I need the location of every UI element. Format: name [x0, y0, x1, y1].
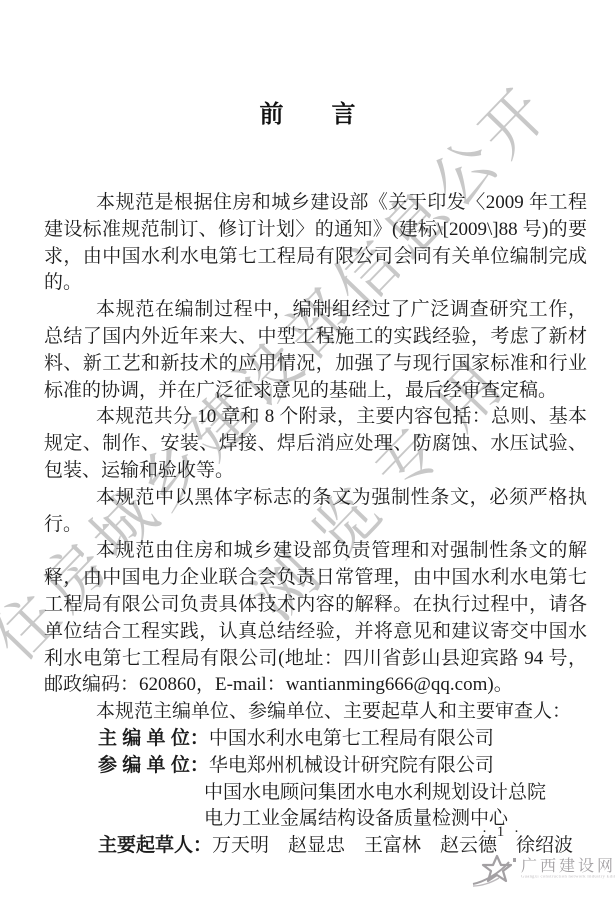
chief-editor-row: 主 编 单 位： 中国水利水电第七工程局有限公司	[98, 726, 587, 753]
chief-editor-value: 中国水利水电第七工程局有限公司	[209, 726, 587, 753]
participating-editor-value: 电力工业金属结构设备质量检测中心	[204, 806, 587, 833]
paragraph-2: 本规范在编制过程中，编制组经过了广泛调查研究工作，总结了国内外近年来大、中型工程…	[44, 297, 587, 404]
paragraph-3: 本规范共分 10 章和 8 个附录，主要内容包括：总则、基本规定、制作、安装、焊…	[44, 404, 587, 484]
participating-editor-row: 中国水电顾问集团水电水利规划设计总院	[98, 780, 587, 807]
participating-editor-label-spacer	[98, 806, 204, 833]
paragraph-1: 本规范是根据住房和城乡建设部《关于印发〈2009 年工程建设标准规范制订、修订计…	[44, 190, 587, 297]
participating-editor-value: 华电郑州机械设计研究院有限公司	[209, 753, 587, 780]
paragraph-6: 本规范主编单位、参编单位、主要起草人和主要审查人：	[44, 699, 587, 726]
page-number: · 1 ·	[482, 824, 522, 841]
document-body: 本规范是根据住房和城乡建设部《关于印发〈2009 年工程建设标准规范制订、修订计…	[44, 190, 587, 860]
chief-editor-label: 主 编 单 位：	[98, 726, 209, 753]
document-page: 住房城乡建设部信息公开 浏览专用 前 言 本规范是根据住房和城乡建设部《关于印发…	[0, 0, 615, 898]
page-title: 前 言	[0, 101, 615, 129]
logo-name: 广西建设网	[521, 858, 615, 875]
participating-editor-value: 中国水电顾问集团水电水利规划设计总院	[204, 780, 587, 807]
logo-tagline: Guangxi construction network Industry Ed…	[521, 875, 615, 880]
participating-editor-row: 参 编 单 位： 华电郑州机械设计研究院有限公司	[98, 753, 587, 780]
drafters-label: 主要起草人：	[98, 833, 212, 860]
logo-text-wrap: 广西建设网 Guangxi construction network Indus…	[521, 852, 615, 881]
participating-editor-label-spacer	[98, 780, 204, 807]
participating-editor-label: 参 编 单 位：	[98, 753, 209, 780]
paragraph-5: 本规范由住房和城乡建设部负责管理和对强制性条文的解释，由中国电力企业联合会负责日…	[44, 538, 587, 699]
paragraph-4: 本规范中以黑体字标志的条文为强制性条文，必须严格执行。	[44, 485, 587, 539]
site-logo: 广西建设网 Guangxi construction network Indus…	[469, 852, 609, 894]
star-swoosh-icon	[469, 852, 521, 892]
